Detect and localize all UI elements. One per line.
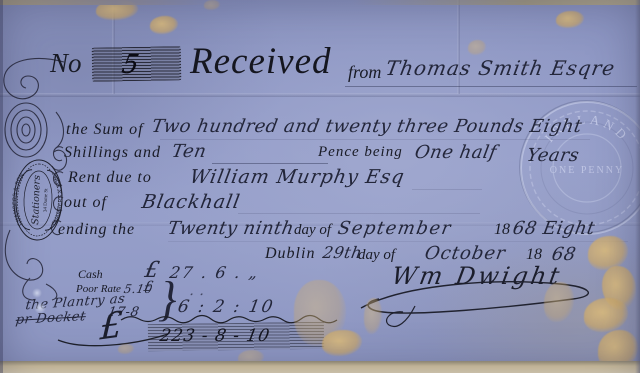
stamp-name-text: Stationers [30,175,43,225]
place-label: Dublin [265,245,315,263]
sum-label: the Sum of [66,121,144,139]
day-of-label: day of [358,247,395,264]
shillings-label: Shillings and [64,144,161,162]
currency-swash [52,330,172,348]
pence-label: Pence being [318,144,403,161]
ending-day: Twenty ninth [166,218,296,239]
stamp-ring-top-text: CHAMBERS & SON [11,172,25,227]
seal-denomination-text: ONE PENNY [550,165,624,176]
payer-name: Thomas Smith Esqre [384,56,617,80]
dated-month: October [423,243,507,264]
day-of-label: day of [294,222,331,239]
fill-in-rule [212,163,328,164]
svg-text:CHAMBERS & SON: CHAMBERS & SON [51,174,65,227]
rent-value: William Murphy Esq [188,166,407,188]
svg-text:CHAMBERS & SON: CHAMBERS & SON [11,172,25,227]
receipt-paper: IRELAND ONE PENNY [0,0,640,373]
pence-value: One half [413,142,498,163]
stamp-address-text: 34 Dame St [44,188,50,212]
paper-bottom-edge [0,361,640,373]
cash-amount: 27 . 6 . „ [168,263,261,282]
cash-label: Cash [78,267,103,282]
outof-value: Blackhall [140,191,242,213]
years-value: Years [525,145,581,166]
fill-in-rule [412,189,482,190]
shillings-value: Ten [170,141,208,162]
stamp-ring-bottom-text: CHAMBERS & SON [51,174,65,227]
from-label: from [348,62,381,83]
sum-value: Two hundred and twenty three Pounds Eigh… [150,116,584,137]
signature: Wm Dwight [390,262,565,290]
paper-left-edge [0,0,3,373]
rent-label: Rent due to [68,169,152,187]
fill-in-rule [238,213,480,214]
received-heading: Received [190,40,332,83]
paper-speck [34,302,46,314]
paper-right-edge [635,0,640,373]
fill-in-rule [160,139,590,140]
fill-in-rule [345,86,637,87]
century-printed: 18 [494,221,510,239]
total-amount: 223 - 8 - 10 [158,326,272,346]
paper-top-edge [0,0,640,5]
fill-in-rule [168,241,628,242]
ending-month: September [336,218,453,239]
ending-year: 68 Eight [511,218,597,239]
number-label: No [50,48,82,79]
outof-label: out of [64,194,107,212]
ending-label: ending the [58,221,135,239]
paper-speck [32,288,42,298]
